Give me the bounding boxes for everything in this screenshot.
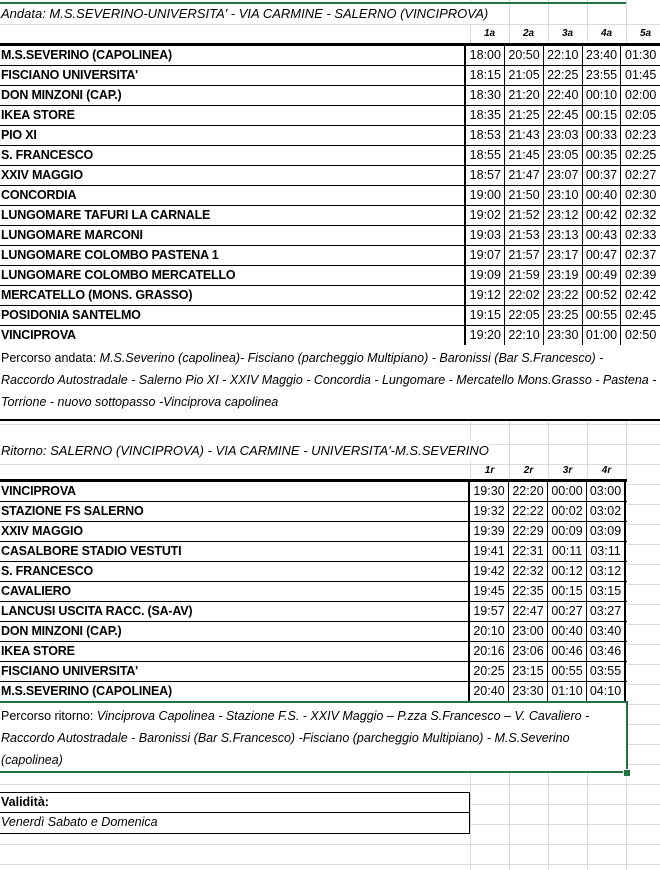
table-row: M.S.SEVERINO (CAPOLINEA)18:0020:5022:102… <box>0 46 660 66</box>
time-cell[interactable]: 02:50 <box>621 326 660 346</box>
time-cell[interactable]: 02:45 <box>621 306 660 325</box>
time-cell[interactable]: 23:07 <box>544 166 583 185</box>
stop-name[interactable]: IKEA STORE <box>0 106 466 125</box>
time-cell[interactable]: 00:40 <box>583 186 622 205</box>
stop-name[interactable]: PIO XI <box>0 126 466 145</box>
andata-route-text: M.S.Severino (capolinea)- Fisciano (parc… <box>1 351 656 409</box>
time-cell[interactable]: 00:42 <box>583 206 622 225</box>
time-cell[interactable]: 19:20 <box>466 326 505 346</box>
column-header[interactable]: 1r <box>470 461 509 481</box>
table-row: FISCIANO UNIVERSITA'20:2523:1500:5503:55 <box>0 662 627 682</box>
table-row: POSIDONIA SANTELMO19:1522:0523:2500:5502… <box>0 306 660 326</box>
table-row: DON MINZONI (CAP.)20:1023:0000:4003:40 <box>0 622 627 642</box>
column-header[interactable]: 3r <box>548 461 587 481</box>
time-cell[interactable]: 23:22 <box>544 286 583 305</box>
andata-route-label: Percorso andata: <box>1 351 100 365</box>
time-cell[interactable]: 21:59 <box>505 266 544 285</box>
time-cell[interactable]: 00:10 <box>583 86 622 105</box>
time-cell[interactable]: 23:19 <box>544 266 583 285</box>
time-cell[interactable]: 02:33 <box>621 226 660 245</box>
time-cell[interactable]: 00:40 <box>548 622 587 641</box>
column-header[interactable]: 5a <box>626 24 660 44</box>
stop-name[interactable]: CASALBORE STADIO VESTUTI <box>0 542 470 561</box>
table-row: MERCATELLO (MONS. GRASSO)19:1222:0223:22… <box>0 286 660 306</box>
time-cell[interactable]: 22:32 <box>509 562 548 581</box>
time-cell[interactable]: 03:40 <box>587 622 626 641</box>
table-row: XXIV MAGGIO18:5721:4723:0700:3702:27 <box>0 166 660 186</box>
time-cell[interactable]: 03:55 <box>587 662 626 681</box>
time-cell[interactable]: 00:00 <box>548 482 587 501</box>
time-cell[interactable]: 00:43 <box>583 226 622 245</box>
time-cell[interactable]: 02:42 <box>621 286 660 305</box>
time-cell[interactable]: 21:47 <box>505 166 544 185</box>
time-cell[interactable]: 03:00 <box>587 482 626 501</box>
stop-name[interactable]: LUNGOMARE COLOMBO PASTENA 1 <box>0 246 466 265</box>
time-cell[interactable]: 22:02 <box>505 286 544 305</box>
time-cell[interactable]: 01:00 <box>583 326 622 346</box>
time-cell[interactable]: 00:15 <box>583 106 622 125</box>
time-cell[interactable]: 23:30 <box>544 326 583 346</box>
time-cell[interactable]: 20:10 <box>470 622 509 641</box>
time-cell[interactable]: 00:37 <box>583 166 622 185</box>
time-cell[interactable]: 18:53 <box>466 126 505 145</box>
time-cell[interactable]: 19:03 <box>466 226 505 245</box>
time-cell[interactable]: 19:42 <box>470 562 509 581</box>
time-cell[interactable]: 00:52 <box>583 286 622 305</box>
stop-name[interactable]: S. FRANCESCO <box>0 146 466 165</box>
time-cell[interactable]: 23:03 <box>544 126 583 145</box>
time-cell[interactable]: 22:31 <box>509 542 548 561</box>
table-row: LUNGOMARE MARCONI19:0321:5323:1300:4302:… <box>0 226 660 246</box>
time-cell[interactable]: 23:06 <box>509 642 548 661</box>
time-cell[interactable]: 19:30 <box>470 482 509 501</box>
time-cell[interactable]: 23:00 <box>509 622 548 641</box>
time-cell[interactable]: 00:11 <box>548 542 587 561</box>
stop-name[interactable]: LUNGOMARE COLOMBO MERCATELLO <box>0 266 466 285</box>
stop-name[interactable]: XXIV MAGGIO <box>0 166 466 185</box>
validity-days[interactable]: Venerdì Sabato e Domenica <box>0 813 469 833</box>
time-cell[interactable]: 19:00 <box>466 186 505 205</box>
time-cell[interactable]: 03:02 <box>587 502 626 521</box>
time-cell[interactable]: 23:10 <box>544 186 583 205</box>
time-cell[interactable]: 19:32 <box>470 502 509 521</box>
time-cell[interactable]: 00:02 <box>548 502 587 521</box>
stop-name[interactable]: VINCIPROVA <box>0 326 466 346</box>
time-cell[interactable]: 02:00 <box>621 86 660 105</box>
stop-name[interactable]: LUNGOMARE MARCONI <box>0 226 466 245</box>
time-cell[interactable]: 23:55 <box>583 66 622 85</box>
time-cell[interactable]: 22:10 <box>544 46 583 65</box>
time-cell[interactable]: 02:27 <box>621 166 660 185</box>
column-header[interactable]: 4r <box>587 461 626 481</box>
time-cell[interactable]: 18:55 <box>466 146 505 165</box>
table-row: CASALBORE STADIO VESTUTI19:4122:3100:110… <box>0 542 627 562</box>
time-cell[interactable]: 19:41 <box>470 542 509 561</box>
stop-name[interactable]: M.S.SEVERINO (CAPOLINEA) <box>0 46 466 65</box>
table-row: STAZIONE FS SALERNO19:3222:2200:0203:02 <box>0 502 627 522</box>
time-cell[interactable]: 21:52 <box>505 206 544 225</box>
time-cell[interactable]: 01:10 <box>548 682 587 702</box>
time-cell[interactable]: 03:11 <box>587 542 626 561</box>
stop-name[interactable]: LUNGOMARE TAFURI LA CARNALE <box>0 206 466 225</box>
time-cell[interactable]: 22:35 <box>509 582 548 601</box>
time-cell[interactable]: 23:30 <box>509 682 548 702</box>
andata-title[interactable]: Andata: M.S.SEVERINO-UNIVERSITA' - VIA C… <box>1 4 488 24</box>
time-cell[interactable]: 23:25 <box>544 306 583 325</box>
stop-name[interactable]: LANCUSI USCITA RACC. (SA-AV) <box>0 602 470 621</box>
time-cell[interactable]: 03:09 <box>587 522 626 541</box>
ritorno-route-note[interactable]: Percorso ritorno: Vinciprova Capolinea -… <box>0 701 628 773</box>
time-cell[interactable]: 02:32 <box>621 206 660 225</box>
table-row: XXIV MAGGIO19:3922:2900:0903:09 <box>0 522 627 542</box>
time-cell[interactable]: 23:05 <box>544 146 583 165</box>
time-cell[interactable]: 00:15 <box>548 582 587 601</box>
time-cell[interactable]: 22:45 <box>544 106 583 125</box>
time-cell[interactable]: 19:07 <box>466 246 505 265</box>
time-cell[interactable]: 00:12 <box>548 562 587 581</box>
time-cell[interactable]: 21:53 <box>505 226 544 245</box>
table-row: LANCUSI USCITA RACC. (SA-AV)19:5722:4700… <box>0 602 627 622</box>
time-cell[interactable]: 23:15 <box>509 662 548 681</box>
time-cell[interactable]: 21:57 <box>505 246 544 265</box>
stop-name[interactable]: XXIV MAGGIO <box>0 522 470 541</box>
time-cell[interactable]: 00:49 <box>583 266 622 285</box>
time-cell[interactable]: 20:40 <box>470 682 509 702</box>
table-row: VINCIPROVA19:3022:2000:0003:00 <box>0 482 627 502</box>
time-cell[interactable]: 00:46 <box>548 642 587 661</box>
selection-fill-handle[interactable] <box>623 769 631 777</box>
time-cell[interactable]: 22:22 <box>509 502 548 521</box>
time-cell[interactable]: 02:39 <box>621 266 660 285</box>
time-cell[interactable]: 03:46 <box>587 642 626 661</box>
column-header[interactable]: 4a <box>587 24 626 44</box>
stop-name[interactable]: FISCIANO UNIVERSITA' <box>0 662 470 681</box>
time-cell[interactable]: 03:27 <box>587 602 626 621</box>
time-cell[interactable]: 03:15 <box>587 582 626 601</box>
validity-box: Validità: Venerdì Sabato e Domenica <box>0 792 470 834</box>
time-cell[interactable]: 21:50 <box>505 186 544 205</box>
time-cell[interactable]: 20:25 <box>470 662 509 681</box>
table-row: LUNGOMARE COLOMBO MERCATELLO19:0921:5923… <box>0 266 660 286</box>
table-row: CAVALIERO19:4522:3500:1503:15 <box>0 582 627 602</box>
time-cell[interactable]: 20:50 <box>505 46 544 65</box>
stop-name[interactable]: IKEA STORE <box>0 642 470 661</box>
time-cell[interactable]: 02:30 <box>621 186 660 205</box>
time-cell[interactable]: 19:12 <box>466 286 505 305</box>
stop-name[interactable]: DON MINZONI (CAP.) <box>0 622 470 641</box>
time-cell[interactable]: 21:43 <box>505 126 544 145</box>
ritorno-title[interactable]: Ritorno: SALERNO (VINCIPROVA) - VIA CARM… <box>1 441 489 461</box>
time-cell[interactable]: 00:55 <box>548 662 587 681</box>
time-cell[interactable]: 00:47 <box>583 246 622 265</box>
time-cell[interactable]: 21:25 <box>505 106 544 125</box>
stop-name[interactable]: MERCATELLO (MONS. GRASSO) <box>0 286 466 305</box>
time-cell[interactable]: 22:25 <box>544 66 583 85</box>
time-cell[interactable]: 20:16 <box>470 642 509 661</box>
table-row: LUNGOMARE TAFURI LA CARNALE19:0221:5223:… <box>0 206 660 226</box>
time-cell[interactable]: 19:02 <box>466 206 505 225</box>
time-cell[interactable]: 02:37 <box>621 246 660 265</box>
andata-timetable: M.S.SEVERINO (CAPOLINEA)18:0020:5022:102… <box>0 43 660 349</box>
time-cell[interactable]: 23:40 <box>583 46 622 65</box>
table-row: DON MINZONI (CAP.)18:3021:2022:4000:1002… <box>0 86 660 106</box>
time-cell[interactable]: 01:30 <box>621 46 660 65</box>
time-cell[interactable]: 22:47 <box>509 602 548 621</box>
stop-name[interactable]: CONCORDIA <box>0 186 466 205</box>
time-cell[interactable]: 02:05 <box>621 106 660 125</box>
time-cell[interactable]: 18:00 <box>466 46 505 65</box>
time-cell[interactable]: 23:13 <box>544 226 583 245</box>
table-row: CONCORDIA19:0021:5023:1000:4002:30 <box>0 186 660 206</box>
stop-name[interactable]: POSIDONIA SANTELMO <box>0 306 466 325</box>
time-cell[interactable]: 23:12 <box>544 206 583 225</box>
time-cell[interactable]: 02:25 <box>621 146 660 165</box>
time-cell[interactable]: 22:05 <box>505 306 544 325</box>
time-cell[interactable]: 00:09 <box>548 522 587 541</box>
table-row: M.S.SEVERINO (CAPOLINEA)20:4023:3001:100… <box>0 682 627 702</box>
column-header[interactable]: 1a <box>470 24 509 44</box>
ritorno-timetable: VINCIPROVA19:3022:2000:0003:00STAZIONE F… <box>0 479 627 702</box>
stop-name[interactable]: DON MINZONI (CAP.) <box>0 86 466 105</box>
stop-name[interactable]: S. FRANCESCO <box>0 562 470 581</box>
stop-name[interactable]: STAZIONE FS SALERNO <box>0 502 470 521</box>
time-cell[interactable]: 21:45 <box>505 146 544 165</box>
time-cell[interactable]: 19:39 <box>470 522 509 541</box>
stop-name[interactable]: VINCIPROVA <box>0 482 470 501</box>
time-cell[interactable]: 00:33 <box>583 126 622 145</box>
time-cell[interactable]: 04:10 <box>587 682 626 702</box>
table-row: S. FRANCESCO18:5521:4523:0500:3502:25 <box>0 146 660 166</box>
table-row: FISCIANO UNIVERSITA'18:1521:0522:2523:55… <box>0 66 660 86</box>
time-cell[interactable]: 19:57 <box>470 602 509 621</box>
ritorno-route-label: Percorso ritorno: <box>1 709 97 723</box>
andata-route-note[interactable]: Percorso andata: M.S.Severino (capolinea… <box>0 345 660 421</box>
column-header[interactable]: 2a <box>509 24 548 44</box>
time-cell[interactable]: 22:20 <box>509 482 548 501</box>
time-cell[interactable]: 18:35 <box>466 106 505 125</box>
stop-name[interactable]: FISCIANO UNIVERSITA' <box>0 66 466 85</box>
time-cell[interactable]: 23:17 <box>544 246 583 265</box>
time-cell[interactable]: 00:35 <box>583 146 622 165</box>
time-cell[interactable]: 22:40 <box>544 86 583 105</box>
table-row: PIO XI18:5321:4323:0300:3302:23 <box>0 126 660 146</box>
time-cell[interactable]: 21:20 <box>505 86 544 105</box>
time-cell[interactable]: 19:15 <box>466 306 505 325</box>
time-cell[interactable]: 21:05 <box>505 66 544 85</box>
time-cell[interactable]: 01:45 <box>621 66 660 85</box>
time-cell[interactable]: 03:12 <box>587 562 626 581</box>
stop-name[interactable]: CAVALIERO <box>0 582 470 601</box>
time-cell[interactable]: 02:23 <box>621 126 660 145</box>
time-cell[interactable]: 22:29 <box>509 522 548 541</box>
time-cell[interactable]: 19:09 <box>466 266 505 285</box>
table-row: LUNGOMARE COLOMBO PASTENA 119:0721:5723:… <box>0 246 660 266</box>
time-cell[interactable]: 00:27 <box>548 602 587 621</box>
time-cell[interactable]: 18:15 <box>466 66 505 85</box>
table-row: VINCIPROVA19:2022:1023:3001:0002:50 <box>0 326 660 346</box>
table-row: IKEA STORE20:1623:0600:4603:46 <box>0 642 627 662</box>
table-row: S. FRANCESCO19:4222:3200:1203:12 <box>0 562 627 582</box>
time-cell[interactable]: 22:10 <box>505 326 544 346</box>
time-cell[interactable]: 18:30 <box>466 86 505 105</box>
time-cell[interactable]: 18:57 <box>466 166 505 185</box>
time-cell[interactable]: 19:45 <box>470 582 509 601</box>
table-row: IKEA STORE18:3521:2522:4500:1502:05 <box>0 106 660 126</box>
column-header[interactable]: 3a <box>548 24 587 44</box>
column-header[interactable]: 2r <box>509 461 548 481</box>
time-cell[interactable]: 00:55 <box>583 306 622 325</box>
validity-label[interactable]: Validità: <box>0 793 469 813</box>
stop-name[interactable]: M.S.SEVERINO (CAPOLINEA) <box>0 682 470 702</box>
